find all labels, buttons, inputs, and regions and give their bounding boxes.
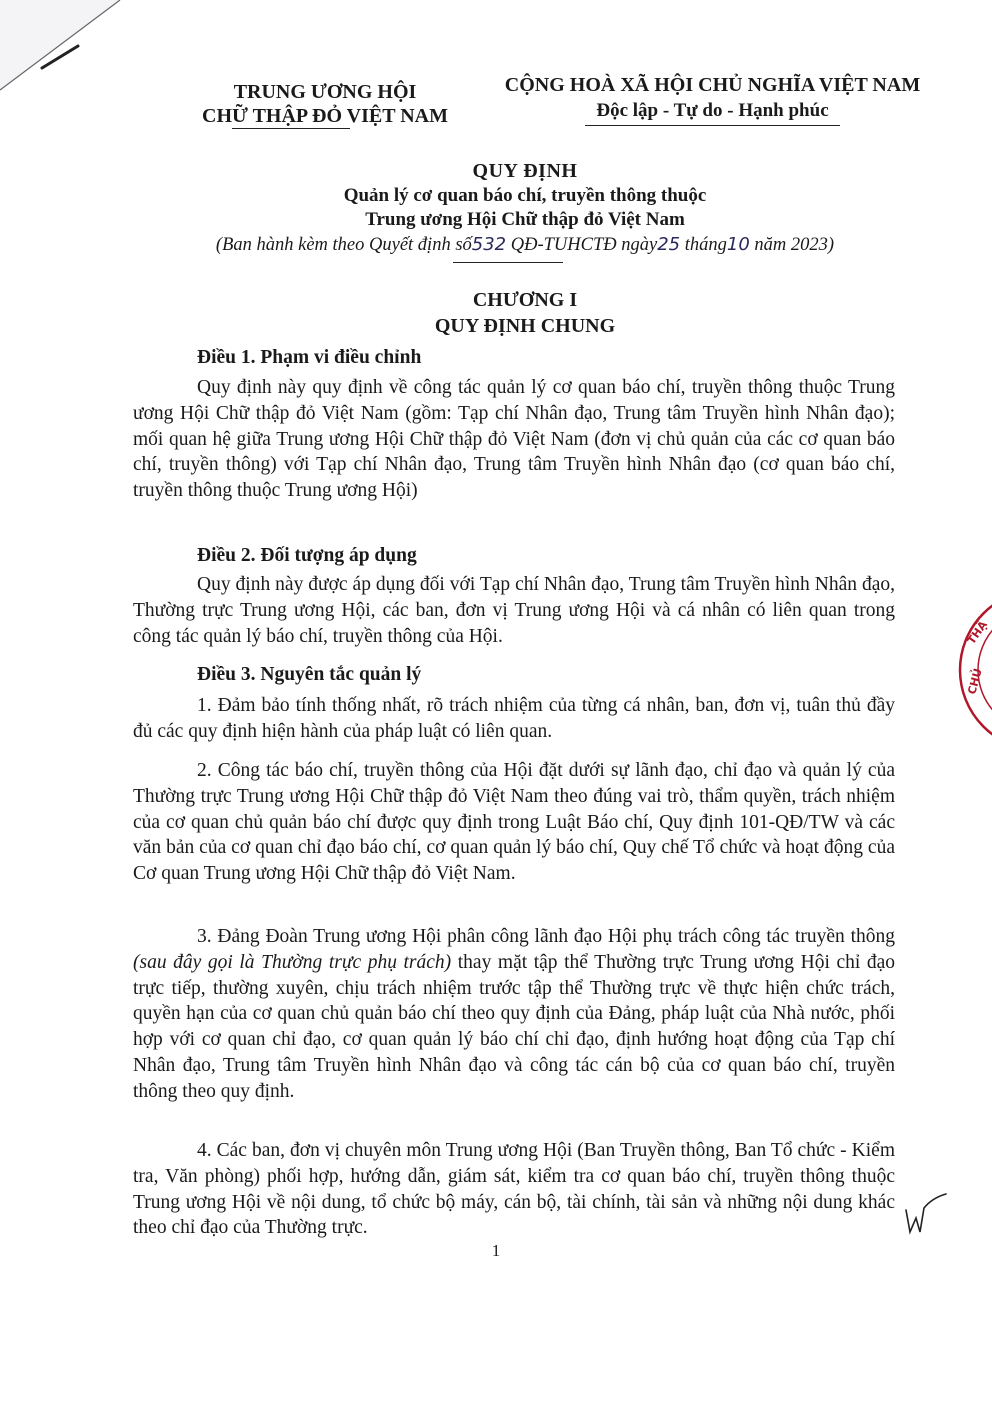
red-seal-stamp: CHỦ THẬ bbox=[945, 585, 992, 755]
month-label: tháng bbox=[680, 235, 727, 255]
article-3-clause-3: 3. Đảng Đoàn Trung ương Hội phân công lã… bbox=[133, 924, 895, 1105]
article-1-paragraph: Quy định này quy định về công tác quản l… bbox=[133, 375, 895, 504]
clause-3-text: 3. Đảng Đoàn Trung ương Hội phân công lã… bbox=[197, 926, 895, 947]
chapter-number: CHƯƠNG I bbox=[150, 287, 900, 313]
issuing-organization: TRUNG ƯƠNG HỘI CHỮ THẬP ĐỎ VIỆT NAM bbox=[180, 80, 470, 128]
article-3-clause-2: 2. Công tác báo chí, truyền thông của Hộ… bbox=[133, 758, 895, 887]
issue-month: 10 bbox=[727, 234, 750, 255]
doc-type: QUY ĐỊNH bbox=[150, 158, 900, 184]
decision-number: 532 bbox=[472, 234, 506, 255]
article-2-paragraph: Quy định này được áp dụng đối với Tạp ch… bbox=[133, 572, 895, 649]
clause-3-italic: (sau đây gọi là Thường trực phụ trách) bbox=[133, 952, 451, 973]
national-header: CỘNG HOÀ XÃ HỘI CHỦ NGHĨA VIỆT NAM Độc l… bbox=[490, 72, 935, 124]
page-corner-fold bbox=[0, 0, 130, 95]
year-suffix: năm 2023) bbox=[750, 235, 834, 255]
article-3-clause-1: 1. Đảm bảo tính thống nhất, rõ trách nhi… bbox=[133, 693, 895, 745]
article-3-heading: Điều 3. Nguyên tắc quản lý bbox=[197, 662, 421, 688]
svg-text:THẬ: THẬ bbox=[965, 618, 990, 647]
title-underline bbox=[453, 262, 563, 263]
issue-day: 25 bbox=[657, 234, 680, 255]
decision-code: QĐ-TUHCTĐ ngày bbox=[506, 235, 657, 255]
org-line-2: CHỮ THẬP ĐỎ VIỆT NAM bbox=[180, 104, 470, 128]
chapter-heading: CHƯƠNG I QUY ĐỊNH CHUNG bbox=[150, 287, 900, 339]
motto-underline bbox=[585, 125, 840, 126]
doc-subject-2: Trung ương Hội Chữ thập đỏ Việt Nam bbox=[150, 208, 900, 232]
issuance-note: (Ban hành kèm theo Quyết định số532 QĐ-T… bbox=[150, 232, 900, 258]
document-title: QUY ĐỊNH Quản lý cơ quan báo chí, truyền… bbox=[150, 158, 900, 258]
org-underline bbox=[232, 128, 350, 129]
chapter-name: QUY ĐỊNH CHUNG bbox=[150, 313, 900, 339]
country-name: CỘNG HOÀ XÃ HỘI CHỦ NGHĨA VIỆT NAM bbox=[490, 72, 935, 98]
national-motto: Độc lập - Tự do - Hạnh phúc bbox=[490, 98, 935, 124]
article-3-clause-4: 4. Các ban, đơn vị chuyên môn Trung ương… bbox=[133, 1138, 895, 1241]
doc-subject-1: Quản lý cơ quan báo chí, truyền thông th… bbox=[150, 184, 900, 208]
handwritten-initial bbox=[898, 1190, 958, 1240]
article-2-heading: Điều 2. Đối tượng áp dụng bbox=[197, 543, 417, 569]
clause-3-text-rest: thay mặt tập thể Thường trực Trung ương … bbox=[133, 952, 895, 1102]
org-line-1: TRUNG ƯƠNG HỘI bbox=[180, 80, 470, 104]
page-number: 1 bbox=[0, 1241, 992, 1261]
issuance-prefix: (Ban hành kèm theo Quyết định số bbox=[216, 235, 472, 255]
article-1-heading: Điều 1. Phạm vi điều chỉnh bbox=[197, 345, 421, 371]
